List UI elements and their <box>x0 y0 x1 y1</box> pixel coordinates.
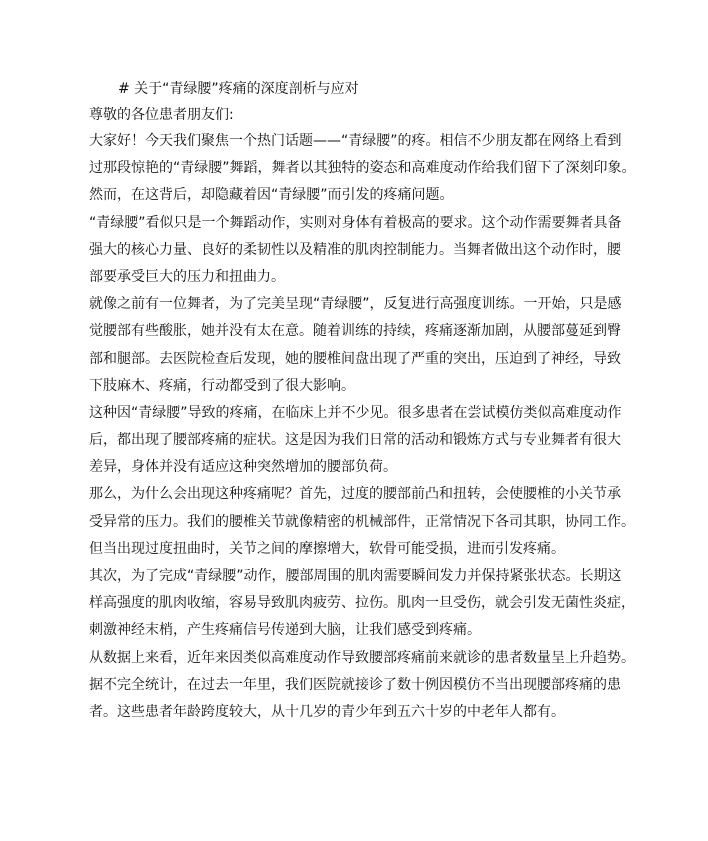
paragraph-line: 过那段惊艳的“青绿腰”舞蹈，舞者以其独特的姿态和高难度动作给我们留下了深刻印象。 <box>89 155 679 182</box>
paragraph-cause-joints: 那么，为什么会出现这种疼痛呢？首先，过度的腰部前凸和扭转，会使腰椎的小关节承 受… <box>89 481 679 563</box>
paragraph-line: 刺激神经末梢，产生疼痛信号传递到大脑，让我们感受到疼痛。 <box>89 617 679 644</box>
paragraph-line: 下肢麻木、疼痛，行动都受到了很大影响。 <box>89 373 679 400</box>
paragraph-line: “青绿腰”看似只是一个舞蹈动作，实则对身体有着极高的要求。这个动作需要舞者具备 <box>89 210 679 237</box>
paragraph-line: 大家好！今天我们聚焦一个热门话题——“青绿腰”的疼。相信不少朋友都在网络上看到 <box>89 128 679 155</box>
greeting: 尊敬的各位患者朋友们: <box>89 102 679 128</box>
paragraph-line: 受异常的压力。我们的腰椎关节就像精密的机械部件，正常情况下各司其职，协同工作。 <box>89 509 679 536</box>
paragraph-line: 其次，为了完成“青绿腰”动作，腰部周围的肌肉需要瞬间发力并保持紧张状态。长期这 <box>89 563 679 590</box>
paragraph-line: 强大的核心力量、良好的柔韧性以及精准的肌肉控制能力。当舞者做出这个动作时，腰 <box>89 237 679 264</box>
paragraph-line: 部和腿部。去医院检查后发现，她的腰椎间盘出现了严重的突出，压迫到了神经，导致 <box>89 346 679 373</box>
paragraph-line: 差异，身体并没有适应这种突然增加的腰部负荷。 <box>89 454 679 481</box>
paragraph-case-story: 就像之前有一位舞者，为了完美呈现“青绿腰”，反复进行高强度训练。一开始，只是感 … <box>89 291 679 400</box>
paragraph-line: 者。这些患者年龄跨度较大，从十几岁的青少年到五六十岁的中老年人都有。 <box>89 699 679 726</box>
paragraph-cause-muscles: 其次，为了完成“青绿腰”动作，腰部周围的肌肉需要瞬间发力并保持紧张状态。长期这 … <box>89 563 679 645</box>
paragraph-intro: 大家好！今天我们聚焦一个热门话题——“青绿腰”的疼。相信不少朋友都在网络上看到 … <box>89 128 679 210</box>
document-page: # 关于“青绿腰”疼痛的深度剖析与应对 尊敬的各位患者朋友们: 大家好！今天我们… <box>89 76 679 726</box>
paragraph-line: 觉腰部有些酸胀，她并没有太在意。随着训练的持续，疼痛逐渐加剧，从腰部蔓延到臀 <box>89 318 679 345</box>
paragraph-line: 但当出现过度扭曲时，关节之间的摩擦增大，软骨可能受损，进而引发疼痛。 <box>89 536 679 563</box>
paragraph-clinical: 这种因“青绿腰”导致的疼痛，在临床上并不少见。很多患者在尝试模仿类似高难度动作 … <box>89 400 679 482</box>
paragraph-requirements: “青绿腰”看似只是一个舞蹈动作，实则对身体有着极高的要求。这个动作需要舞者具备 … <box>89 210 679 292</box>
paragraph-line: 从数据上来看，近年来因类似高难度动作导致腰部疼痛前来就诊的患者数量呈上升趋势。 <box>89 645 679 672</box>
paragraph-line: 然而，在这背后，却隐藏着因“青绿腰”而引发的疼痛问题。 <box>89 182 679 209</box>
paragraph-line: 样高强度的肌肉收缩，容易导致肌肉疲劳、拉伤。肌肉一旦受伤，就会引发无菌性炎症， <box>89 590 679 617</box>
paragraph-line: 这种因“青绿腰”导致的疼痛，在临床上并不少见。很多患者在尝试模仿类似高难度动作 <box>89 400 679 427</box>
document-title: # 关于“青绿腰”疼痛的深度剖析与应对 <box>118 76 679 102</box>
paragraph-line: 后，都出现了腰部疼痛的症状。这是因为我们日常的活动和锻炼方式与专业舞者有很大 <box>89 427 679 454</box>
paragraph-line: 部要承受巨大的压力和扭曲力。 <box>89 264 679 291</box>
paragraph-statistics: 从数据上来看，近年来因类似高难度动作导致腰部疼痛前来就诊的患者数量呈上升趋势。 … <box>89 645 679 727</box>
paragraph-line: 就像之前有一位舞者，为了完美呈现“青绿腰”，反复进行高强度训练。一开始，只是感 <box>89 291 679 318</box>
paragraph-line: 据不完全统计，在过去一年里，我们医院就接诊了数十例因模仿不当出现腰部疼痛的患 <box>89 672 679 699</box>
paragraph-line: 那么，为什么会出现这种疼痛呢？首先，过度的腰部前凸和扭转，会使腰椎的小关节承 <box>89 481 679 508</box>
